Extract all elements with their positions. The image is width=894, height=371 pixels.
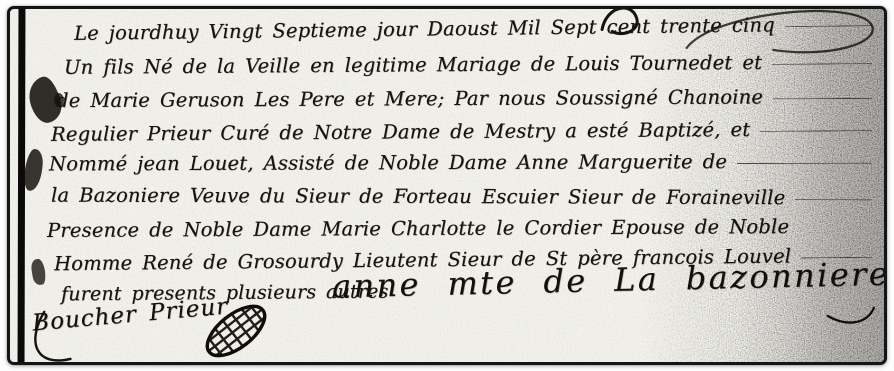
manuscript-line: la Bazoniere Veuve du Sieur de Forteau E…: [51, 183, 872, 212]
manuscript-line-text: Le jourdhuy Vingt Septieme jour Daoust M…: [74, 12, 775, 47]
line-filler-dash: [760, 130, 872, 132]
manuscript-line: de Marie Geruson Les Pere et Mere; Par n…: [56, 84, 872, 114]
manuscript-line-text: la Bazoniere Veuve du Sieur de Forteau E…: [51, 183, 785, 212]
scanned-register-page: Le jourdhuy Vingt Septieme jour Daoust M…: [0, 0, 894, 371]
ink-blot: [30, 258, 47, 286]
manuscript-line-text: Presence de Noble Dame Marie Charlotte l…: [47, 214, 789, 244]
manuscript-line: Presence de Noble Dame Marie Charlotte l…: [47, 214, 789, 244]
line-filler-dash: [773, 97, 872, 99]
ink-blot: [23, 148, 45, 192]
line-filler-dash: [785, 25, 872, 27]
line-filler-dash: [772, 63, 872, 65]
document-scan-frame: Le jourdhuy Vingt Septieme jour Daoust M…: [7, 6, 887, 365]
manuscript-line-text: Regulier Prieur Curé de Notre Dame de Me…: [51, 117, 750, 148]
manuscript-line-text: Un fils Né de la Veille en legitime Mari…: [64, 50, 762, 81]
notarial-paraph: [192, 297, 278, 365]
line-filler-dash: [795, 199, 872, 200]
line-filler-dash: [737, 162, 872, 163]
manuscript-line: Nommé jean Louet, Assisté de Noble Dame …: [49, 149, 872, 178]
manuscript-line-text: Nommé jean Louet, Assisté de Noble Dame …: [49, 149, 727, 177]
paraph-crosshatch: [197, 297, 274, 365]
manuscript-line-text: de Marie Geruson Les Pere et Mere; Par n…: [56, 84, 763, 114]
